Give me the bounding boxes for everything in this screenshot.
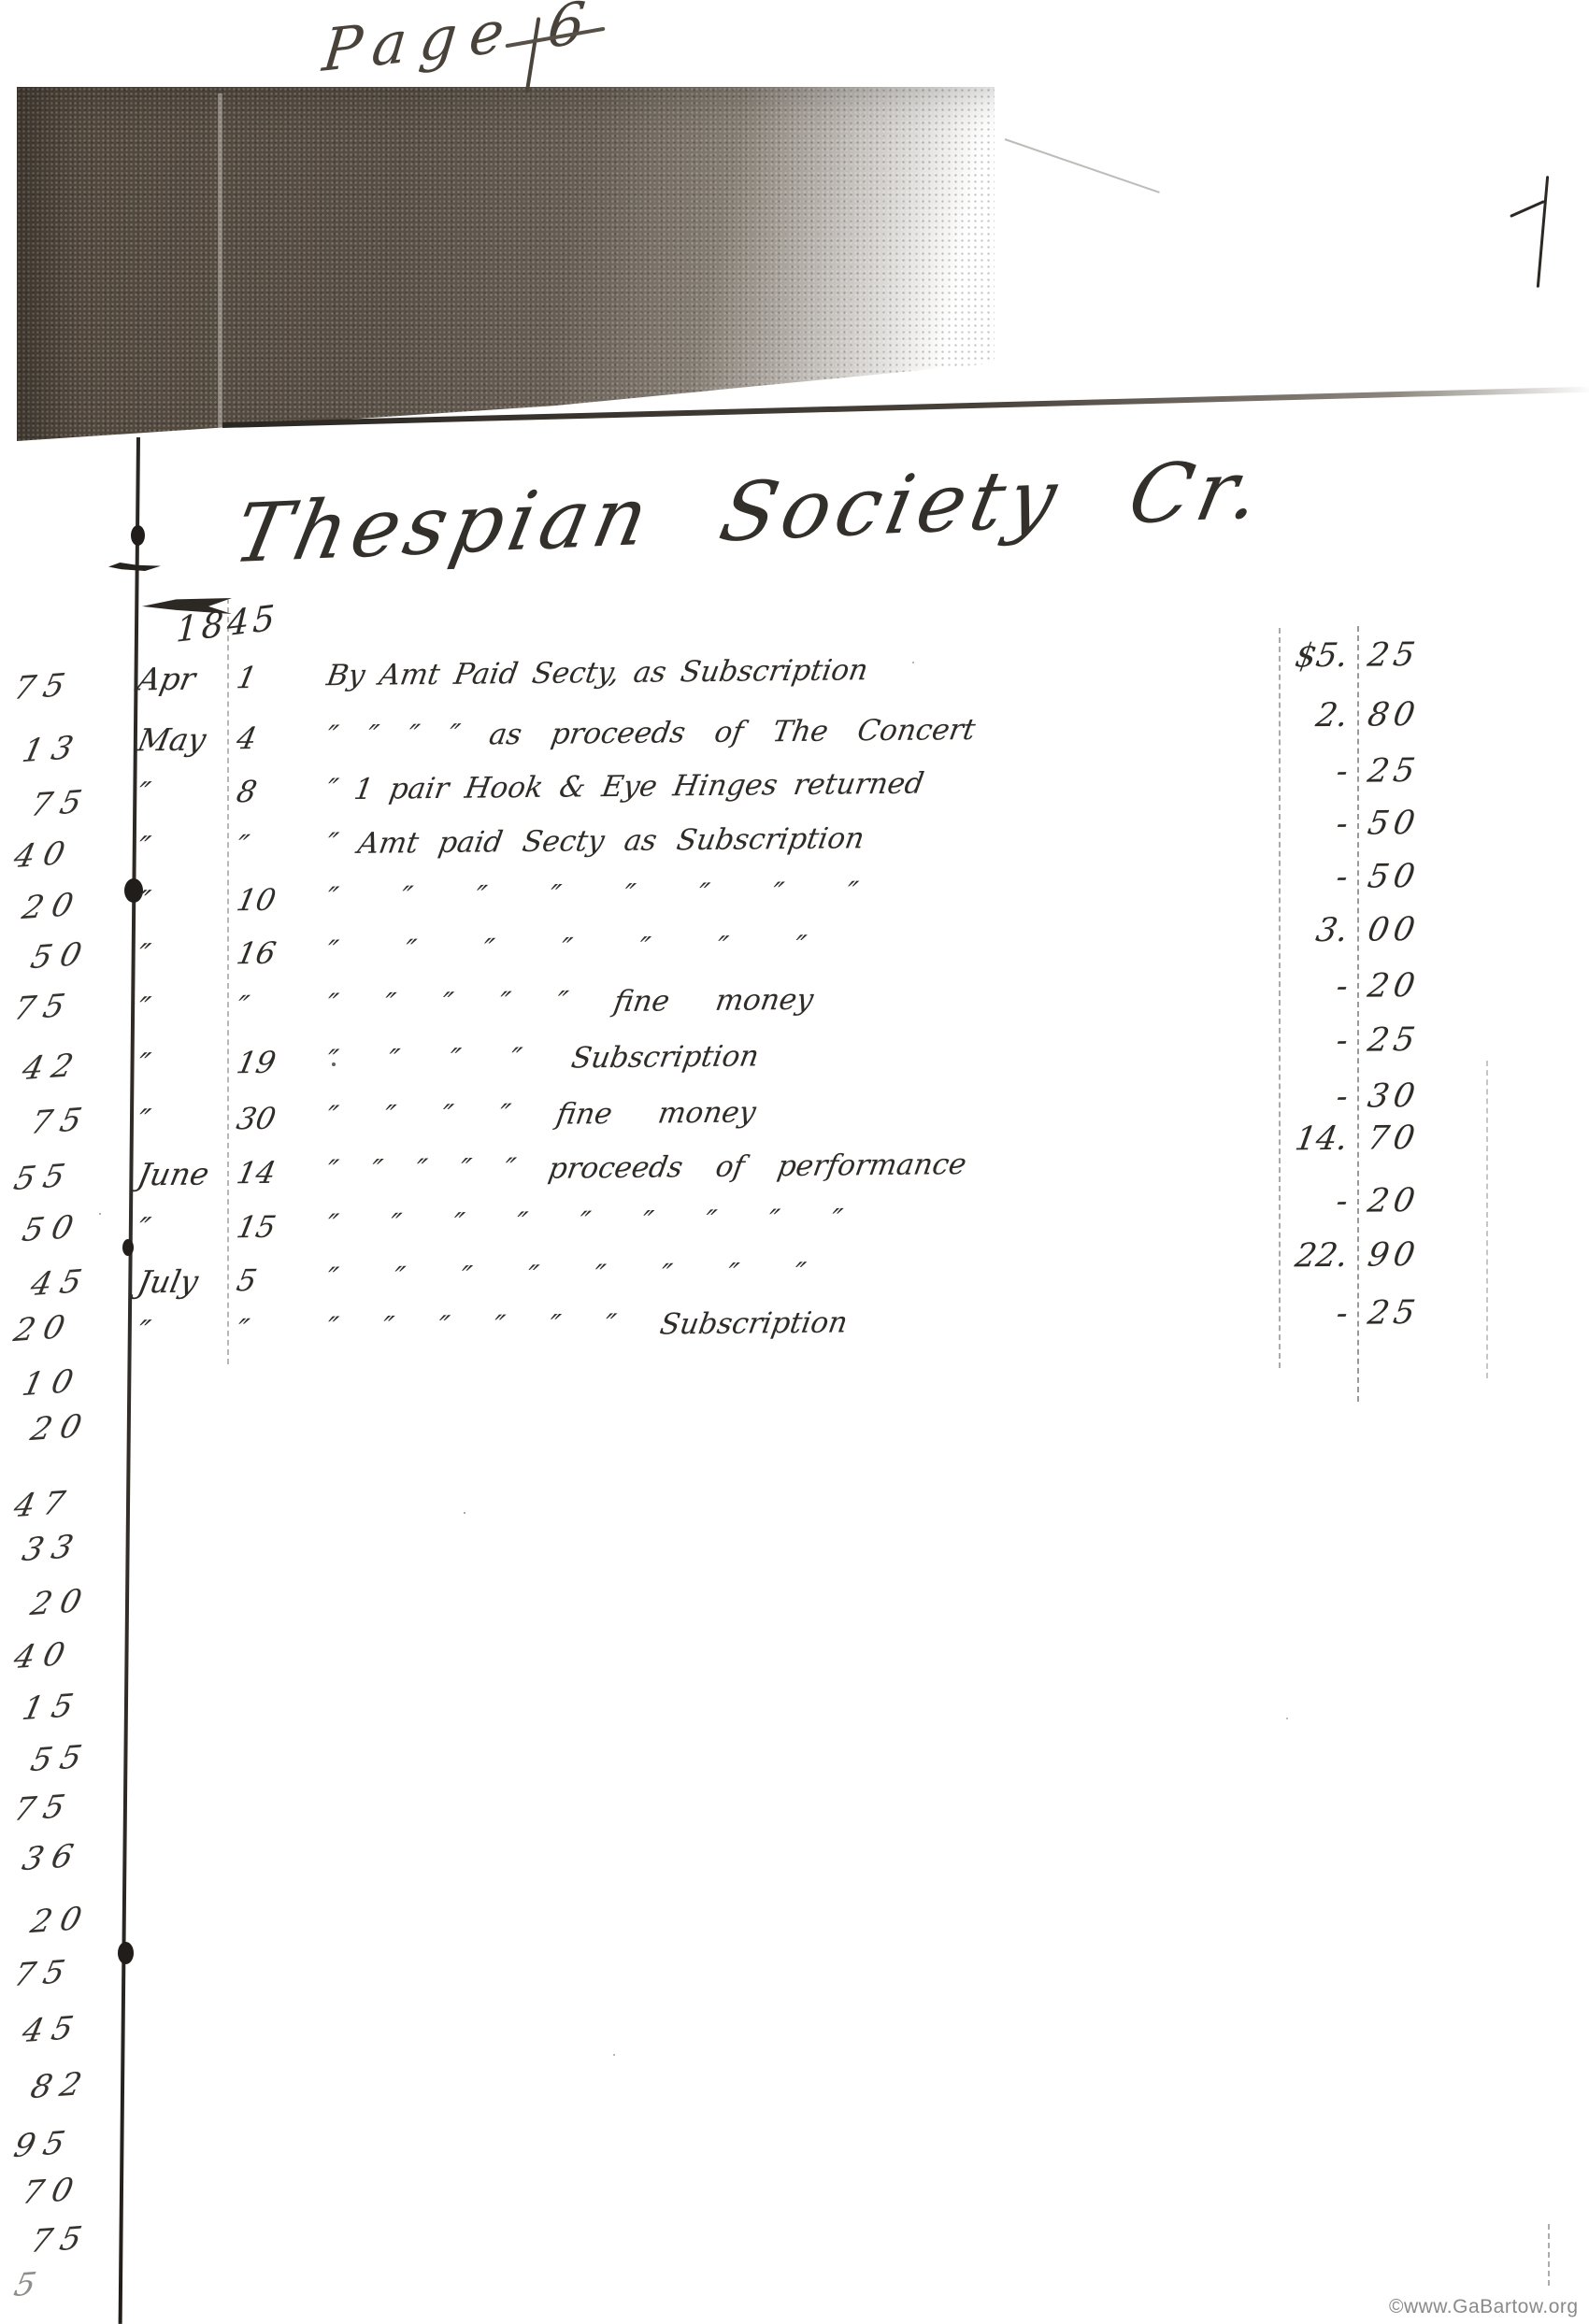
entry-amount-dollars: - — [1202, 1078, 1351, 1118]
entry-month: June — [135, 1155, 232, 1192]
entry-day: 16 — [234, 934, 320, 971]
entry-month: ″ — [135, 935, 232, 973]
pencil-scratch-line — [1005, 138, 1160, 193]
entry-amount-dollars: 22. — [1202, 1237, 1351, 1276]
ink-blob — [118, 1942, 134, 1964]
entry-month: ″ — [135, 828, 232, 865]
page-number-annotation: Page 6 — [320, 0, 602, 85]
entry-amount-dollars: - — [1202, 806, 1351, 845]
margin-figure: 82 — [27, 2065, 93, 2106]
margin-figure: 75 — [10, 1788, 77, 1829]
page-edge-rule-fragment — [1548, 2224, 1550, 2286]
entry-day: 5 — [234, 1262, 320, 1298]
entry-month: May — [135, 720, 232, 758]
scanned-ledger-page: Page 6 Thespian Society Cr. 1845 Apr1By … — [0, 0, 1589, 2324]
entry-amount-dollars: $5. — [1202, 637, 1351, 677]
entry-month: Apr — [135, 660, 232, 697]
toner-band-light-streak — [218, 93, 222, 430]
toner-specks — [332, 1062, 336, 1066]
entry-amount-cents: 25 — [1365, 635, 1483, 674]
entry-amount-cents: 00 — [1365, 910, 1483, 948]
entry-amount-cents: 20 — [1365, 1181, 1483, 1219]
margin-figure: 50 — [19, 1208, 85, 1249]
entry-day: 30 — [234, 1100, 320, 1136]
entry-amount-dollars: - — [1202, 859, 1351, 898]
margin-figure: 45 — [19, 2009, 85, 2050]
entry-amount-dollars: 2. — [1202, 697, 1351, 736]
entry-amount-dollars: - — [1202, 968, 1351, 1007]
pen-cross-mark — [1537, 176, 1549, 288]
margin-figure: 75 — [27, 783, 93, 824]
margin-figure: 20 — [27, 1582, 93, 1623]
entry-amount-cents: 25 — [1365, 1020, 1483, 1059]
margin-figure: 95 — [10, 2124, 77, 2165]
margin-figure: 55 — [10, 1157, 77, 1198]
entry-amount-dollars: 14. — [1202, 1120, 1351, 1160]
entry-amount-cents: 70 — [1365, 1119, 1483, 1157]
entry-month: ″ — [135, 774, 232, 811]
margin-figure: 15 — [19, 1687, 85, 1728]
entry-month: ″ — [135, 989, 232, 1026]
entry-day: ″ — [234, 827, 320, 863]
photocopy-toner-band — [17, 87, 995, 441]
entry-description: By Amt Paid Secty, as Subscription — [324, 649, 1283, 693]
entry-amount-cents: 80 — [1365, 695, 1483, 734]
entry-amount-dollars: - — [1202, 1295, 1351, 1334]
margin-figure: 13 — [19, 729, 85, 770]
entry-month: ″ — [135, 1209, 232, 1247]
entry-month: July — [135, 1262, 232, 1300]
entry-amount-cents: 25 — [1365, 751, 1483, 790]
entry-amount-cents: 30 — [1365, 1076, 1483, 1115]
margin-figure: 47 — [10, 1484, 77, 1525]
entry-amount-cents: 50 — [1365, 804, 1483, 842]
entry-day: 14 — [234, 1154, 320, 1191]
margin-figure: 36 — [19, 1837, 85, 1878]
entry-amount-cents: 25 — [1365, 1293, 1483, 1332]
margin-figure: 20 — [27, 1407, 93, 1448]
margin-figure: 75 — [27, 1101, 93, 1142]
entry-month: ″ — [135, 1101, 232, 1138]
entry-month: ″ — [135, 1312, 232, 1349]
entry-month: ″ — [135, 882, 232, 920]
margin-figure: 55 — [27, 1738, 93, 1779]
entry-amount-cents: 20 — [1365, 966, 1483, 1005]
margin-figure: 33 — [19, 1528, 85, 1569]
margin-figure: 20 — [10, 1308, 77, 1349]
entry-amount-dollars: - — [1202, 1022, 1351, 1062]
entry-day: 1 — [234, 659, 320, 695]
ink-blob — [131, 525, 145, 546]
margin-figure: 50 — [27, 935, 93, 977]
entry-month: ″ — [135, 1045, 232, 1082]
margin-figure: 10 — [19, 1362, 85, 1404]
margin-figure: 75 — [10, 666, 77, 707]
margin-figure: 75 — [10, 987, 77, 1028]
entry-day: 4 — [234, 720, 320, 756]
margin-figure: 70 — [19, 2171, 85, 2212]
margin-figure: 5 — [10, 2265, 48, 2304]
margin-figure: 20 — [27, 1900, 93, 1941]
entry-day: 10 — [234, 881, 320, 918]
margin-figure: 42 — [19, 1047, 85, 1088]
entry-day: ″ — [234, 1311, 320, 1347]
entry-amount-dollars: - — [1202, 1183, 1351, 1222]
entry-amount-dollars: 3. — [1202, 912, 1351, 951]
ledger-title: Thespian Society Cr. — [226, 442, 1273, 581]
entry-amount-cents: 50 — [1365, 857, 1483, 895]
margin-figure: 45 — [27, 1262, 93, 1304]
watermark: ©www.GaBartow.org — [1389, 2296, 1579, 2318]
margin-figure: 40 — [10, 834, 77, 876]
entry-day: 8 — [234, 773, 320, 809]
margin-figure: 75 — [10, 1953, 77, 1994]
entry-amount-dollars: - — [1202, 753, 1351, 792]
pen-cross-mark — [1510, 200, 1545, 218]
margin-figure: 20 — [19, 886, 85, 927]
entry-day: 15 — [234, 1208, 320, 1245]
margin-figure: 75 — [27, 2219, 93, 2260]
margin-figure: 40 — [10, 1635, 77, 1676]
entry-day: ″ — [234, 988, 320, 1024]
entry-amount-cents: 90 — [1365, 1235, 1483, 1274]
entry-day: 19 — [234, 1044, 320, 1080]
